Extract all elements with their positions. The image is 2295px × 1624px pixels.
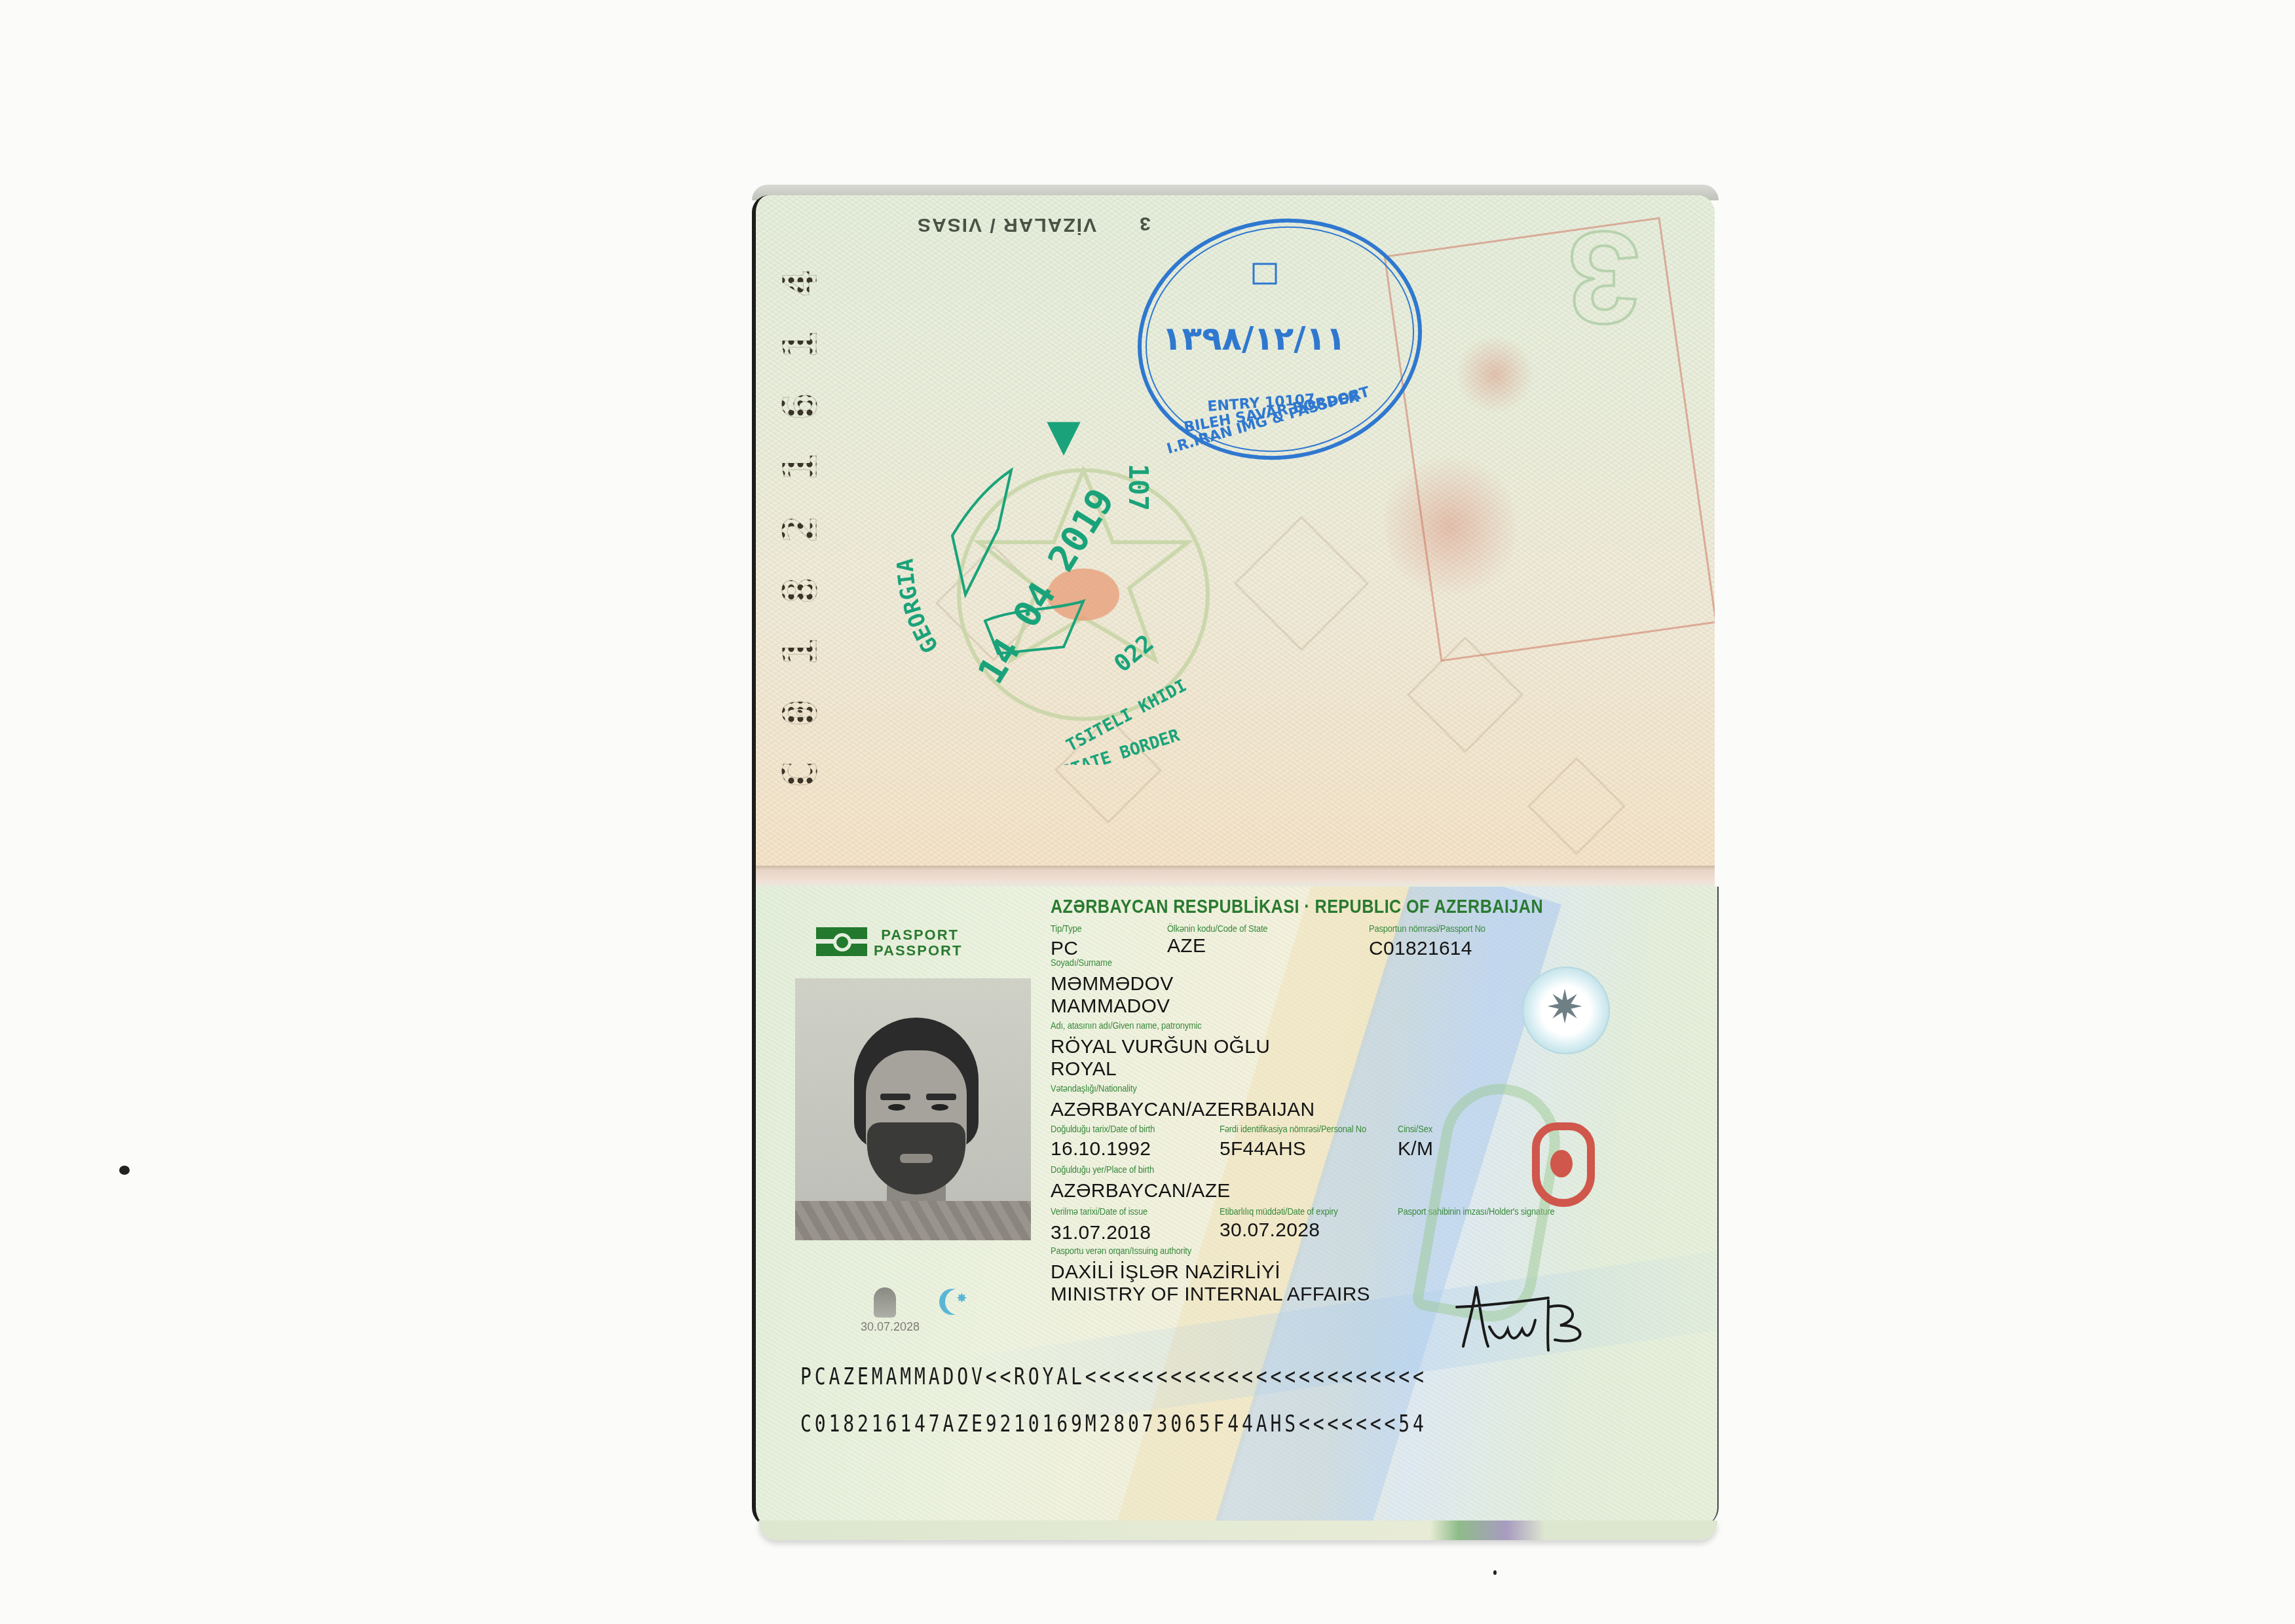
passport-no-value: C01821614 <box>1369 938 1472 960</box>
holder-signature <box>1450 1274 1614 1353</box>
ornament <box>1234 516 1369 651</box>
pob-label: Doğulduğu yer/Place of birth <box>1051 1164 1154 1175</box>
passport-booklet: 3 VİZALAR / VISAS 3 4 1 6 1 2 8 1 0 C <box>752 185 1719 1545</box>
nationality-label: Vətəndaşlığı/Nationality <box>1051 1083 1136 1094</box>
visa-page-header: VİZALAR / VISAS <box>916 213 1096 236</box>
code-label: Ölkənin kodu/Code of State <box>1167 923 1267 934</box>
authority-az: DAXİLİ İŞLƏR NAZİRLİYİ <box>1051 1261 1280 1283</box>
surname-en: MAMMADOV <box>1051 995 1170 1018</box>
dob-value: 16.10.1992 <box>1051 1138 1151 1160</box>
page-fold <box>752 866 1715 888</box>
perforated-char: 4 <box>777 264 823 303</box>
eight-point-star-icon: ✷ <box>1542 981 1588 1033</box>
ghost-image <box>874 1287 896 1318</box>
issuing-state: AZƏRBAYCAN RESPUBLİKASI · REPUBLIC OF AZ… <box>1051 896 1543 918</box>
svg-text:۱۳۹۸/۱۲/۱۱: ۱۳۹۸/۱۲/۱۱ <box>1162 320 1346 358</box>
document-title: PASPORT PASSPORT <box>874 927 959 959</box>
sex-label: Cinsi/Sex <box>1398 1124 1432 1135</box>
flame-paisley-icon <box>1532 1122 1595 1207</box>
expiry-date-value: 30.07.2028 <box>1220 1219 1320 1242</box>
surname-label: Soyadı/Surname <box>1051 957 1112 969</box>
type-label: Tip/Type <box>1051 923 1082 934</box>
code-value: AZE <box>1167 935 1206 957</box>
star-icon: ✸ <box>956 1290 967 1306</box>
issue-date-label: Verilmə tarixi/Date of issue <box>1051 1206 1147 1217</box>
sex-value: K/M <box>1398 1138 1433 1160</box>
perforated-char: 8 <box>777 571 823 610</box>
perforated-char: C <box>777 755 823 794</box>
biometric-passport-icon <box>816 927 867 956</box>
doc-title-en: PASSPORT <box>874 943 959 959</box>
svg-text:GEORGIA: GEORGIA <box>892 558 944 657</box>
mrz-line-2: C018216147AZE9210169M28073065F44AHS<<<<<… <box>800 1411 1427 1437</box>
data-page: AZƏRBAYCAN RESPUBLİKASI · REPUBLIC OF AZ… <box>752 887 1719 1527</box>
ornament <box>1527 757 1626 855</box>
given-name-az: RÖYAL VURĞUN OĞLU <box>1051 1036 1270 1058</box>
mrz-line-1: PCAZEMAMMADOV<<ROYAL<<<<<<<<<<<<<<<<<<<<… <box>800 1363 1427 1390</box>
given-name-label: Adı, atasının adı/Given name, patronymic <box>1051 1020 1201 1031</box>
given-name-en: ROYAL <box>1051 1058 1117 1080</box>
perforated-passport-number: 4 1 6 1 2 8 1 0 C <box>781 261 820 798</box>
dob-label: Doğulduğu tarix/Date of birth <box>1051 1124 1155 1135</box>
perforated-char: 0 <box>777 693 823 733</box>
red-entry-stamp <box>1384 217 1715 661</box>
perforated-char: 1 <box>777 448 823 487</box>
holder-photo <box>795 978 1031 1240</box>
passport-no-label: Pasportun nömrəsi/Passport No <box>1369 923 1485 934</box>
visa-page: 3 VİZALAR / VISAS 3 4 1 6 1 2 8 1 0 C <box>752 195 1715 867</box>
issue-date-value: 31.07.2018 <box>1051 1222 1151 1244</box>
iran-entry-stamp: ۱۳۹۸/۱۲/۱۱ ENTRY 10107 BILEH SAVAR BORDE… <box>1123 202 1430 477</box>
doc-title-az: PASPORT <box>874 927 959 943</box>
expiry-date-label: Etibarlılıq müddəti/Date of expiry <box>1220 1206 1338 1217</box>
perforated-char: 1 <box>777 325 823 365</box>
scan-speck <box>119 1166 130 1175</box>
surname-az: MƏMMƏDOV <box>1051 973 1174 995</box>
perforated-char: 2 <box>777 509 823 549</box>
scan-speck <box>1493 1570 1497 1575</box>
type-value: PC <box>1051 938 1078 960</box>
authority-label: Pasportu verən orqan/Issuing authority <box>1051 1246 1191 1257</box>
ghost-image-date: 30.07.2028 <box>861 1320 920 1334</box>
nationality-value: AZƏRBAYCAN/AZERBAIJAN <box>1051 1099 1315 1121</box>
perforated-char: 1 <box>777 633 823 672</box>
personal-no-label: Fərdi identifikasiya nömrəsi/Personal No <box>1220 1124 1366 1135</box>
perforated-char: 6 <box>777 387 823 426</box>
personal-no-value: 5F44AHS <box>1220 1138 1306 1160</box>
booklet-edge <box>758 1521 1717 1540</box>
authority-en: MINISTRY OF INTERNAL AFFAIRS <box>1051 1283 1370 1306</box>
pob-value: AZƏRBAYCAN/AZE <box>1051 1180 1231 1202</box>
